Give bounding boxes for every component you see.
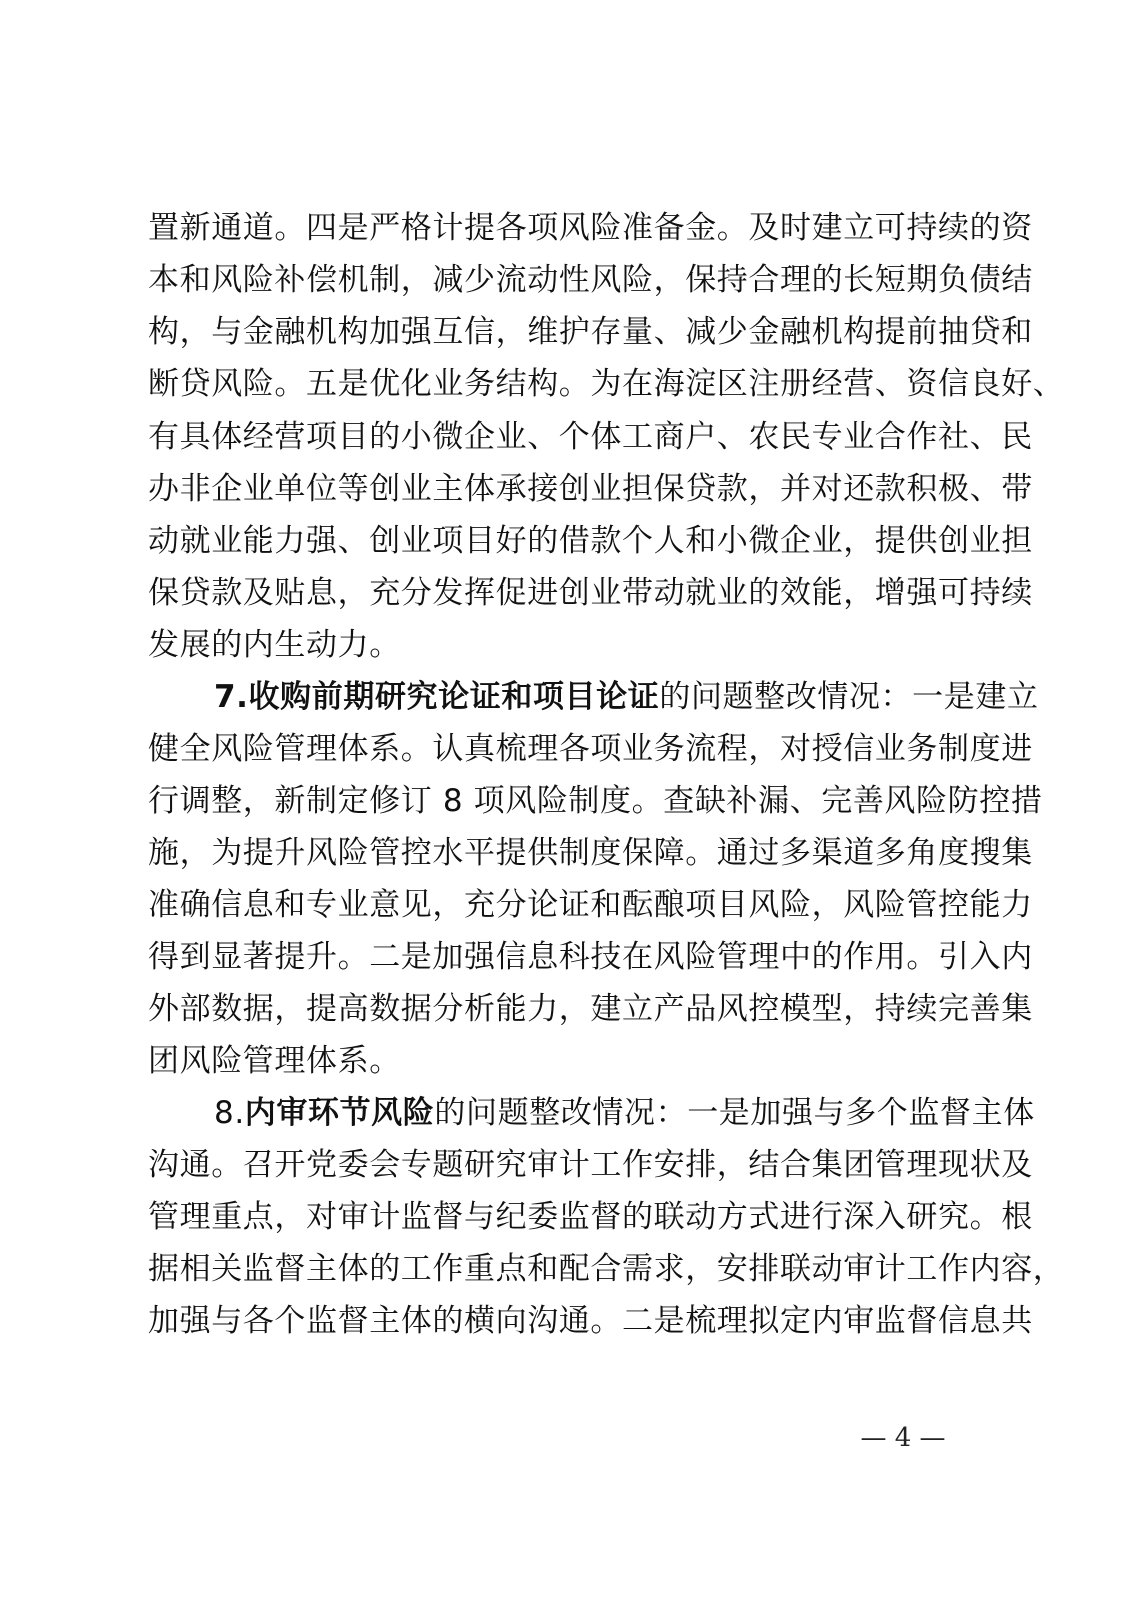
text-line: 准确信息和专业意见，充分论证和酝酿项目风险，风险管控能力 <box>148 879 974 931</box>
text-line: 团风险管理体系。 <box>148 1035 974 1087</box>
text-line: 施，为提升风险管控水平提供制度保障。通过多渠道多角度搜集 <box>148 827 974 879</box>
page-number: — 4 — <box>848 1418 958 1458</box>
text-line: 外部数据，提高数据分析能力，建立产品风控模型，持续完善集 <box>148 983 974 1035</box>
text-line: 动就业能力强、创业项目好的借款个人和小微企业，提供创业担 <box>148 515 974 567</box>
section-8-heading-line: 8.内审环节风险的问题整改情况：一是加强与多个监督主体 <box>148 1087 974 1139</box>
section-7-title: 收购前期研究论证和项目论证 <box>249 679 660 715</box>
section-8-first-line: 的问题整改情况：一是加强与多个监督主体 <box>434 1095 1034 1131</box>
section-7-first-line: 的问题整改情况：一是建立 <box>659 679 1038 715</box>
text-line: 健全风险管理体系。认真梳理各项业务流程，对授信业务制度进 <box>148 723 974 775</box>
text-line: 得到显著提升。二是加强信息科技在风险管理中的作用。引入内 <box>148 931 974 983</box>
text-line: 有具体经营项目的小微企业、个体工商户、农民专业合作社、民 <box>148 411 974 463</box>
text-line: 沟通。召开党委会专题研究审计工作安排，结合集团管理现状及 <box>148 1139 974 1191</box>
text-line: 办非企业单位等创业主体承接创业担保贷款，并对还款积极、带 <box>148 463 974 515</box>
text-line: 断贷风险。五是优化业务结构。为在海淀区注册经营、资信良好、 <box>148 358 974 410</box>
section-7-number: 7. <box>214 679 249 715</box>
document-page: 置新通道。四是严格计提各项风险准备金。及时建立可持续的资 本和风险补偿机制，减少… <box>0 0 1131 1600</box>
text-line: 构，与金融机构加强互信，维护存量、减少金融机构提前抽贷和 <box>148 306 974 358</box>
text-line: 置新通道。四是严格计提各项风险准备金。及时建立可持续的资 <box>148 202 974 254</box>
section-8-title: 内审环节风险 <box>245 1095 435 1131</box>
text-line: 保贷款及贴息，充分发挥促进创业带动就业的效能，增强可持续 <box>148 567 974 619</box>
text-line: 加强与各个监督主体的横向沟通。二是梳理拟定内审监督信息共 <box>148 1295 974 1347</box>
text-line: 本和风险补偿机制，减少流动性风险，保持合理的长短期负债结 <box>148 254 974 306</box>
text-line: 行调整，新制定修订 8 项风险制度。查缺补漏、完善风险防控措 <box>148 775 974 827</box>
text-line: 发展的内生动力。 <box>148 619 974 671</box>
text-line: 管理重点，对审计监督与纪委监督的联动方式进行深入研究。根 <box>148 1191 974 1243</box>
section-8-number: 8. <box>214 1095 245 1131</box>
text-line: 据相关监督主体的工作重点和配合需求，安排联动审计工作内容， <box>148 1243 974 1295</box>
section-7-heading-line: 7.收购前期研究论证和项目论证的问题整改情况：一是建立 <box>148 671 974 723</box>
